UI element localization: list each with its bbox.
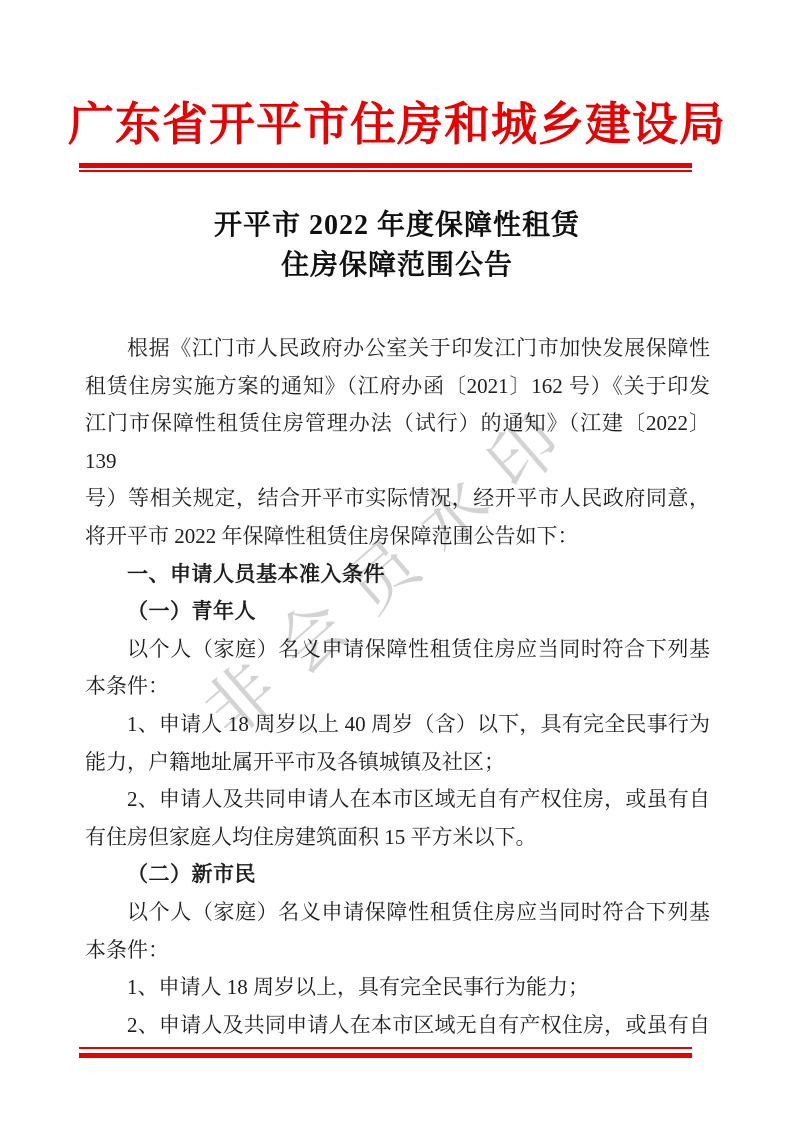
body-line: 1、申请人 18 周岁以上 40 周岁（含）以下，具有完全民事行为 <box>85 706 710 744</box>
document-page: 非会员水印 广东省开平市住房和城乡建设局 开平市 2022 年度保障性租赁 住房… <box>0 0 794 1123</box>
body-line: 江门市保障性租赁住房管理办法（试行）的通知》（江建〔2022〕139 <box>85 405 710 480</box>
body-line: 租赁住房实施方案的通知》（江府办函〔2021〕162 号）《关于印发 <box>85 368 710 406</box>
body-line: 以个人（家庭）名义申请保障性租赁住房应当同时符合下列基 <box>85 894 710 932</box>
body-line: 有住房但家庭人均住房建筑面积 15 平方米以下。 <box>85 819 710 857</box>
footer-rule-thin <box>79 1047 692 1049</box>
header-double-rule <box>79 163 692 172</box>
body-line: 本条件： <box>85 668 710 706</box>
body-line: 以个人（家庭）名义申请保障性租赁住房应当同时符合下列基 <box>85 631 710 669</box>
footer-double-rule <box>79 1047 692 1058</box>
body-line: 1、申请人 18 周岁以上，具有完全民事行为能力； <box>85 969 710 1007</box>
footer-rule-thick <box>79 1053 692 1058</box>
agency-header-title: 广东省开平市住房和城乡建设局 <box>0 96 794 154</box>
body-line: 本条件： <box>85 932 710 970</box>
section-heading-level-2: （一）青年人 <box>85 593 710 631</box>
document-body: 根据《江门市人民政府办公室关于印发江门市加快发展保障性 租赁住房实施方案的通知》… <box>85 330 710 1044</box>
body-line: 2、申请人及共同申请人在本市区域无自有产权住房，或虽有自 <box>85 1007 710 1045</box>
section-heading-level-2: （二）新市民 <box>85 856 710 894</box>
body-line: 能力，户籍地址属开平市及各镇城镇及社区； <box>85 744 710 782</box>
document-title-line-1: 开平市 2022 年度保障性租赁 <box>0 206 794 246</box>
body-line: 号）等相关规定，结合开平市实际情况，经开平市人民政府同意， <box>85 480 710 518</box>
document-title-line-2: 住房保障范围公告 <box>0 246 794 286</box>
section-heading-level-1: 一、申请人员基本准入条件 <box>85 556 710 594</box>
header-rule-thin <box>79 170 692 172</box>
header-rule-thick <box>79 163 692 168</box>
body-line: 2、申请人及共同申请人在本市区域无自有产权住房，或虽有自 <box>85 781 710 819</box>
body-line: 将开平市 2022 年保障性租赁住房保障范围公告如下： <box>85 518 710 556</box>
document-title: 开平市 2022 年度保障性租赁 住房保障范围公告 <box>0 206 794 286</box>
body-line: 根据《江门市人民政府办公室关于印发江门市加快发展保障性 <box>85 330 710 368</box>
